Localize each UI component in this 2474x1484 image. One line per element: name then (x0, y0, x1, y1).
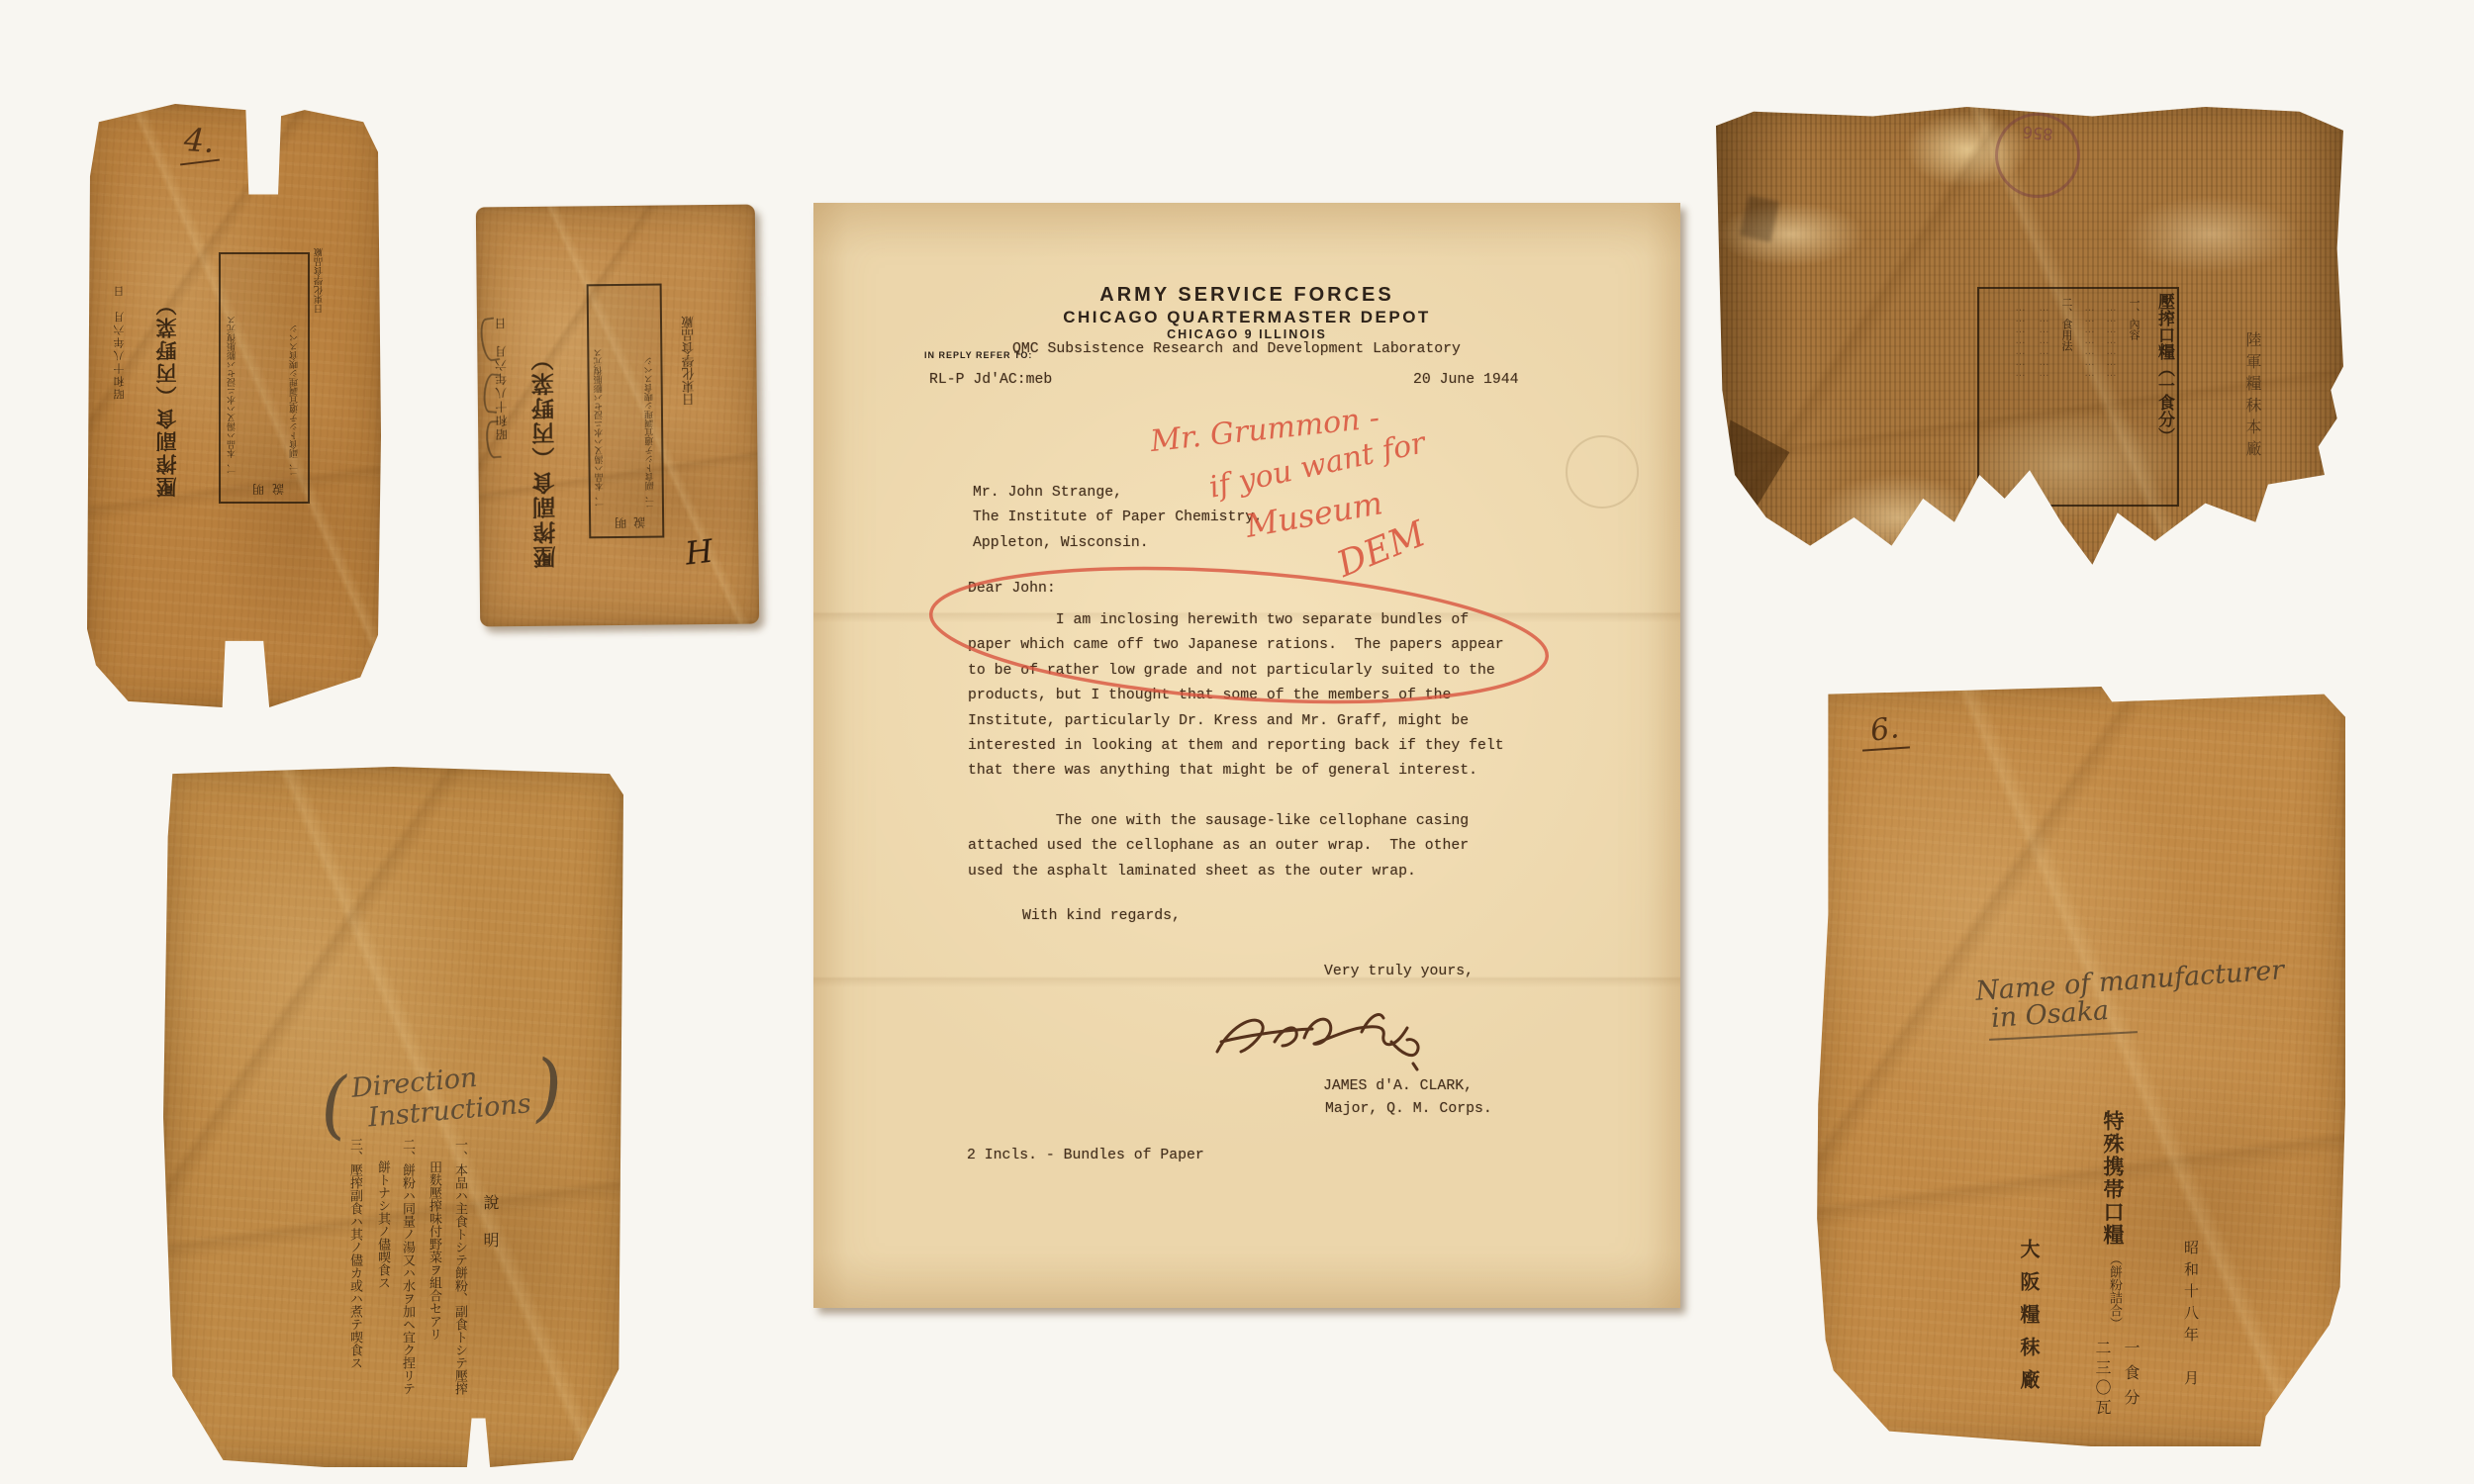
box-line-2: 二、副食トシテ適宜調理シ喫食スベシ (645, 301, 656, 509)
instruction-col-4: 餅トナシ其ノ儘喫食ス (376, 1160, 389, 1393)
closing: Very truly yours, (1324, 960, 1474, 984)
handwritten-number-6: 6. (1868, 710, 1901, 749)
box-header: 說明 (221, 481, 308, 498)
stamp-illegible-column: ………………… (2015, 303, 2025, 471)
ration-bag-1: 4. 昭和十八年六月 日 壓搾副食（丙野菜） 說明 一、本品ハ湯又ハ水ニ浸セバ膨… (87, 104, 381, 707)
signer-title: Major, Q. M. Corps. (1325, 1097, 1492, 1122)
depot-column: 大阪糧秣廠 (2019, 1239, 2039, 1422)
setsumei-header: 說明 (482, 1194, 498, 1303)
army-depot-column: 陸軍糧秣本廠 (2244, 331, 2260, 470)
stamp-section-1: 一、內容 (2129, 297, 2140, 386)
stamp-section-2: 二、食用法 (2061, 297, 2072, 396)
stamp-illegible-column: ………………… (2106, 303, 2116, 471)
annotation-open-paren: ( (317, 1062, 352, 1149)
file-reference: RL-P Jd'AC:meb (929, 368, 1052, 393)
manufacturer-note-line-1: Name of manufacturer (1974, 955, 2285, 1007)
letterhead-line-2: CHICAGO QUARTERMASTER DEPOT (813, 308, 1680, 327)
signer-name: JAMES d'A. CLARK, (1323, 1074, 1473, 1099)
portion-column: 一食分 (2123, 1340, 2139, 1421)
refer-value: QMC Subsistence Research and Development… (1012, 337, 1461, 362)
annotation-close-paren: ) (530, 1043, 566, 1130)
pencil-scribble (485, 420, 502, 459)
handwritten-number-4: 4. (183, 121, 216, 160)
stamped-ration-box: 壓搾口糧（一食分） 一、內容 ………………… ………………… 二、食用法 ………… (1977, 287, 2179, 507)
special-ration-bag: 6. Name of manufacturer in Osaka 昭和十八年 月… (1815, 687, 2345, 1446)
weight-column: 二三〇瓦 (2094, 1340, 2110, 1427)
instruction-box: 說明 一、本品ハ湯又ハ水ニ浸セバ膨脹復元ス 二、副食トシテ適宜調理シ喫食スベシ (219, 252, 310, 504)
box-line-1: 一、本品ハ湯又ハ水ニ浸セバ膨脹復元ス (595, 295, 606, 509)
instruction-col-1: 一、本品ハ主食トシテ餅粉、副食トシテ壓搾 (453, 1138, 466, 1405)
ink-smudge (1740, 195, 1779, 242)
box-header: 說明 (591, 514, 662, 532)
instruction-col-2: 田麩壓搾味付野菜ヲ組合セアリ (428, 1160, 440, 1408)
number-underline (180, 159, 220, 166)
stamp-title: 壓搾口糧（一食分） (2155, 293, 2172, 501)
typed-letter: ARMY SERVICE FORCES CHICAGO QUARTERMASTE… (813, 203, 1680, 1308)
kind-regards: With kind regards, (1022, 904, 1181, 929)
postmark-digits: 856 (2022, 123, 2053, 144)
subtitle-column: （餅粉詰合） (2108, 1252, 2121, 1334)
date-column: 昭和十八年 月 (2183, 1240, 2198, 1413)
letterhead-line-1: ARMY SERVICE FORCES (813, 284, 1680, 307)
factory-column: 日東化學食品廠 (683, 287, 697, 406)
embossed-seal (1566, 435, 1639, 509)
archival-scan-page: 4. 昭和十八年六月 日 壓搾副食（丙野菜） 說明 一、本品ハ湯又ハ水ニ浸セバ膨… (0, 0, 2474, 1484)
letter-date: 20 June 1944 (1413, 368, 1519, 393)
title-column: 特殊携帯口糧 (2102, 1110, 2123, 1249)
box-line-2: 二、副食トシテ適宜調理シ喫食スベシ (291, 270, 300, 476)
crease-overlay (1815, 687, 2345, 1446)
instruction-box: 說明 一、本品ハ湯又ハ水ニ浸セバ膨脹復元ス 二、副食トシテ適宜調理シ喫食スベシ (587, 284, 665, 539)
title-column: 壓搾副食（丙野菜） (157, 274, 178, 498)
asphalt-wrapper-sheet: 856 壓搾口糧（一食分） 一、內容 ………………… ………………… 二、食用法… (1716, 107, 2343, 579)
number-underline (1862, 746, 1910, 751)
body-paragraph-2: The one with the sausage-like cellophane… (968, 809, 1469, 884)
box-line-1: 一、本品ハ湯又ハ水ニ浸セバ膨脹復元ス (229, 264, 238, 476)
handwritten-letter-h: H (683, 532, 714, 573)
ration-envelope-2: 昭和十八年六月 日 壓搾副食（丙野菜） 說明 一、本品ハ湯又ハ水ニ浸セバ膨脹復元… (476, 205, 759, 627)
instruction-col-3: 二、餅粉ハ同量ノ湯又ハ水ヲ加ヘ宜ク捏リテ (401, 1138, 414, 1405)
date-column: 昭和十八年六月 日 (114, 276, 125, 400)
stamp-illegible-column: ………………… (2084, 303, 2094, 481)
factory-column: 日東化學食品廠 (316, 246, 326, 314)
ration-bag-instructions: ( Direction Instructions ) 說明 一、本品ハ主食トシテ… (163, 767, 623, 1467)
title-column: 壓搾副食（丙野菜） (533, 319, 559, 569)
pencil-annotation: ( Direction Instructions ) (317, 1043, 566, 1149)
postmark-stamp: 856 (1995, 113, 2080, 198)
printed-label-block-rotated: 昭和十八年六月 日 壓搾副食（丙野菜） 說明 一、本品ハ湯又ハ水ニ浸セバ膨脹復元… (93, 242, 327, 511)
stamp-illegible-column: ………………… (2039, 303, 2048, 481)
enclosure-note: 2 Incls. - Bundles of Paper (967, 1144, 1204, 1168)
printed-label-block-rotated: 昭和十八年六月 日 壓搾副食（丙野菜） 說明 一、本品ハ湯又ハ水ニ浸セバ膨脹復元… (489, 281, 705, 576)
instruction-col-5: 三、壓搾副食ハ其ノ儘カ或ハ煮テ喫食ス (348, 1138, 361, 1385)
red-circle-annotation (912, 554, 1585, 732)
dark-fold-corner (1706, 419, 1793, 599)
